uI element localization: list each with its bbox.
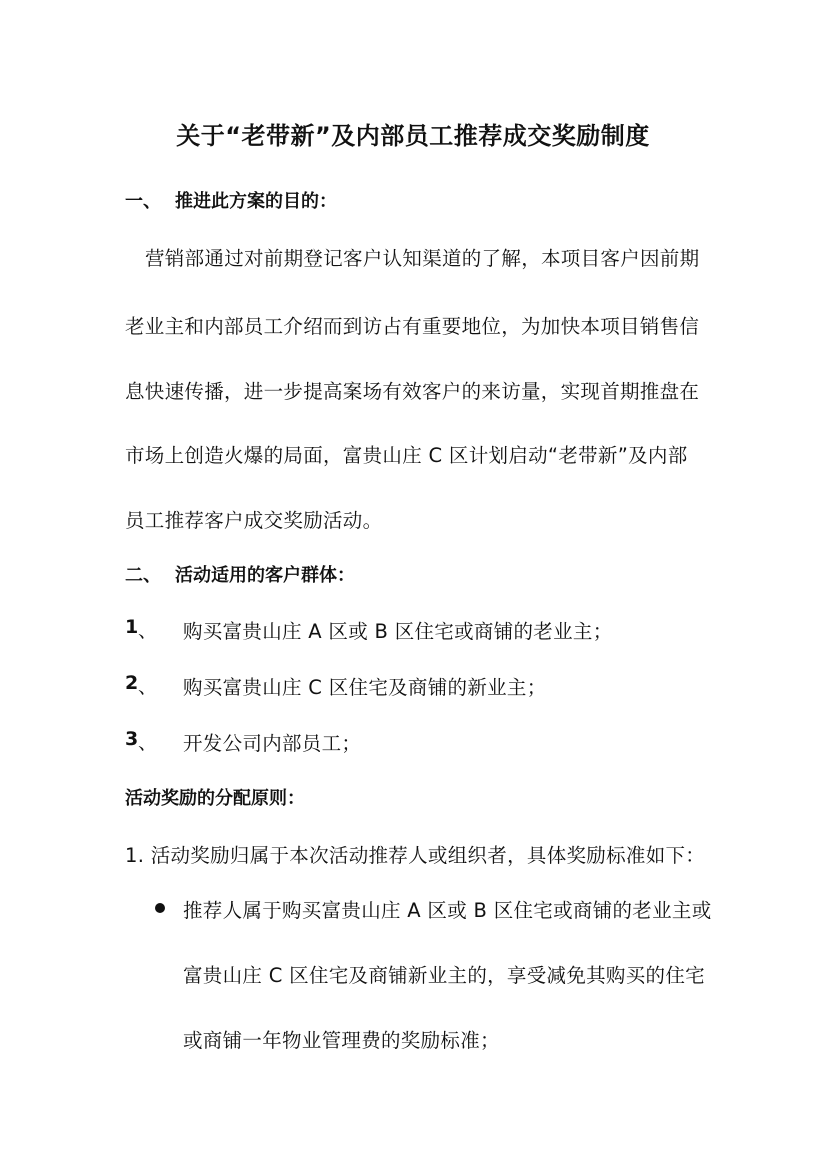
list-item-text: 开发公司内部员工； bbox=[183, 728, 361, 756]
list-item-separator: 、 bbox=[138, 616, 157, 643]
section-1-number: 一、 bbox=[125, 187, 161, 213]
list-item-separator: 、 bbox=[138, 672, 157, 699]
list-item-text: 购买富贵山庄 C 区住宅及商铺的新业主； bbox=[183, 672, 547, 700]
list-item-number: 3 bbox=[125, 728, 138, 750]
list-item-number: 2 bbox=[125, 672, 138, 694]
document-title: 关于“老带新”及内部员工推荐成交奖励制度 bbox=[0, 116, 826, 151]
bullet-line: 推荐人属于购买富贵山庄 A 区或 B 区住宅或商铺的老业主或 bbox=[183, 895, 712, 923]
section-1-paragraph-line: 员工推荐客户成交奖励活动。 bbox=[125, 505, 382, 533]
list-item-text: 购买富贵山庄 A 区或 B 区住宅或商铺的老业主； bbox=[183, 616, 613, 644]
bullet-icon bbox=[155, 903, 165, 913]
section-2-number: 二、 bbox=[125, 561, 161, 587]
bullet-line: 或商铺一年物业管理费的奖励标准； bbox=[183, 1025, 500, 1053]
list-item-separator: 、 bbox=[138, 728, 157, 755]
section-3-heading: 活动奖励的分配原则： bbox=[125, 784, 305, 810]
section-1-paragraph-line: 老业主和内部员工介绍而到访占有重要地位，为加快本项目销售信 bbox=[125, 311, 699, 339]
section-1-paragraph-line: 息快速传播，进一步提高案场有效客户的来访量，实现首期推盘在 bbox=[125, 376, 699, 404]
section-2-heading: 活动适用的客户群体： bbox=[175, 561, 355, 587]
bullet-line: 富贵山庄 C 区住宅及商铺新业主的，享受减免其购买的住宅 bbox=[183, 960, 705, 988]
document-page: 关于“老带新”及内部员工推荐成交奖励制度 一、 推进此方案的目的： 营销部通过对… bbox=[0, 0, 826, 1169]
list-item-number: 1 bbox=[125, 616, 138, 638]
rule-1-text: 1. 活动奖励归属于本次活动推荐人或组织者，具体奖励标准如下： bbox=[125, 840, 705, 868]
section-1-heading: 推进此方案的目的： bbox=[175, 187, 337, 213]
section-1-paragraph-line: 营销部通过对前期登记客户认知渠道的了解，本项目客户因前期 bbox=[145, 243, 699, 271]
section-1-paragraph-line: 市场上创造火爆的局面，富贵山庄 C 区计划启动“老带新”及内部 bbox=[125, 440, 688, 468]
